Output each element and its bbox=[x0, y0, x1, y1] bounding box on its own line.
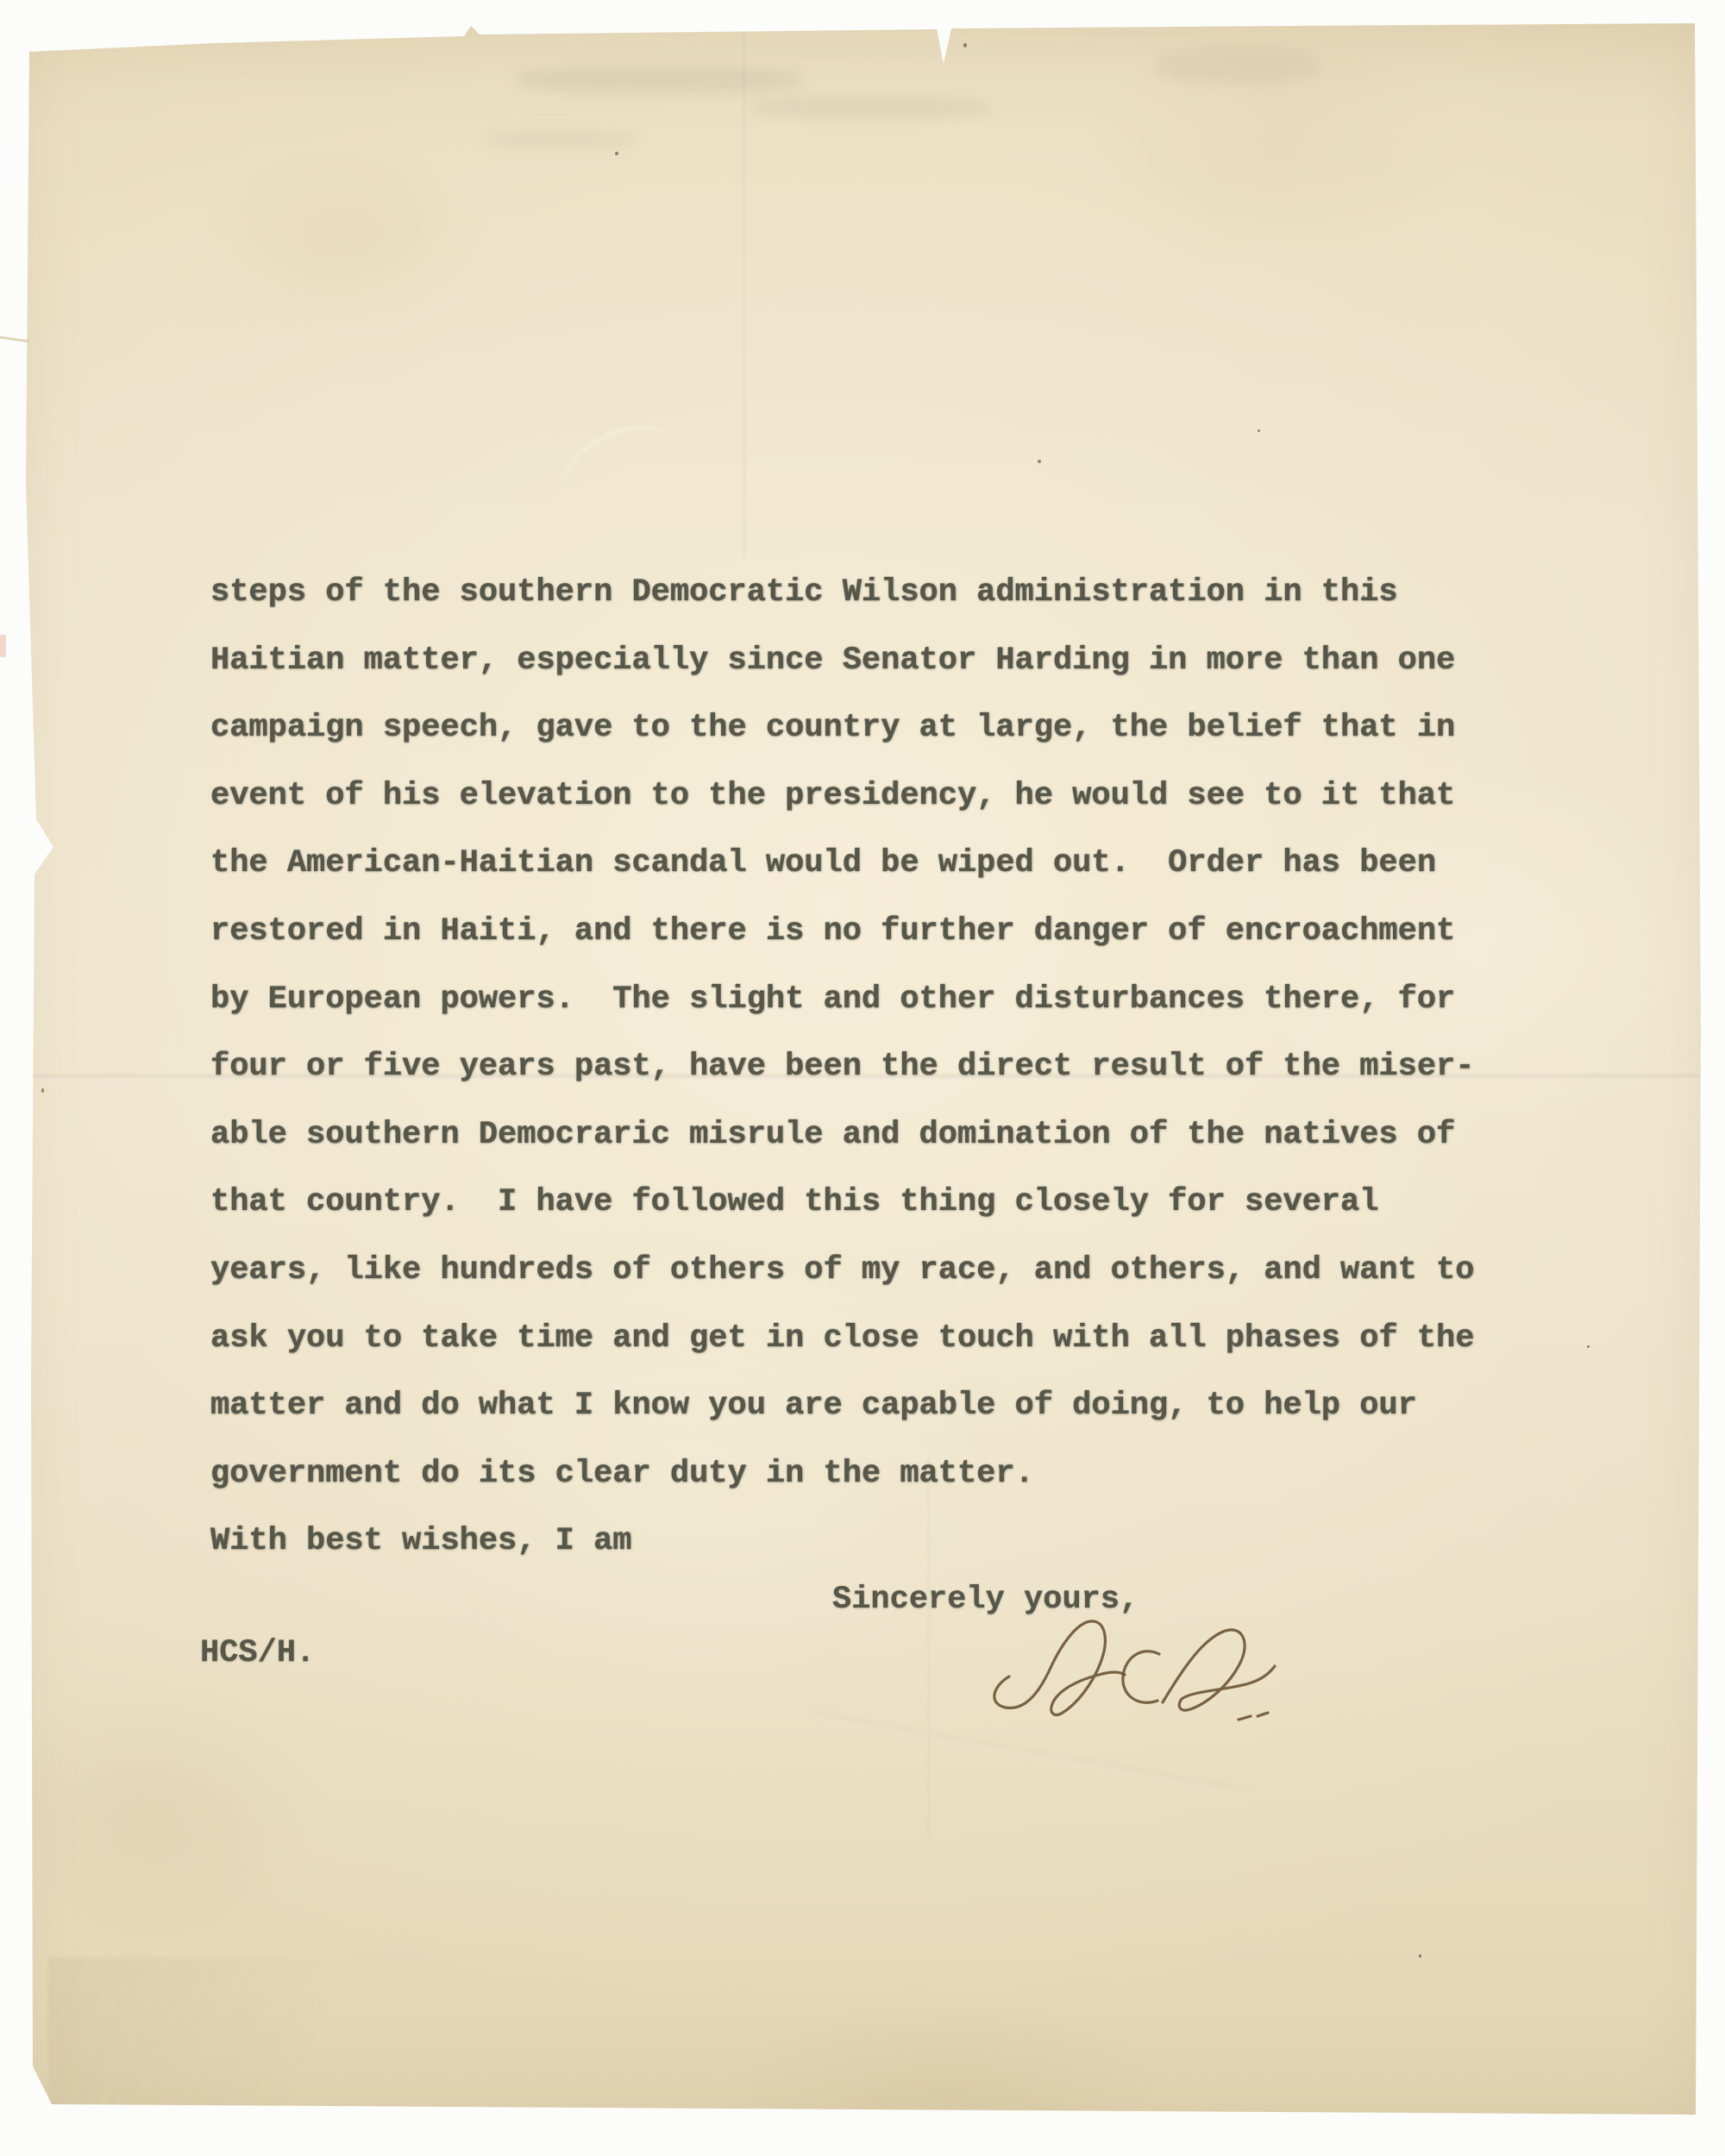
letter-line: by European powers. The slight and other… bbox=[210, 966, 1556, 1034]
letter-line: four or five years past, have been the d… bbox=[210, 1033, 1556, 1101]
letter-line: that country. I have followed this thing… bbox=[210, 1169, 1556, 1237]
letter-line: Haitian matter, especially since Senator… bbox=[210, 627, 1556, 695]
letter-line: able southern Democraric misrule and dom… bbox=[210, 1101, 1556, 1169]
red-edge-mark bbox=[0, 635, 6, 657]
letter-line: restored in Haiti, and there is no furth… bbox=[210, 898, 1556, 966]
bottom-left-fold-shading bbox=[48, 1958, 497, 2109]
paper-fiber bbox=[0, 336, 29, 343]
scanned-letter-scene: steps of the southern Democratic Wilson … bbox=[0, 0, 1725, 2156]
letter-line: steps of the southern Democratic Wilson … bbox=[210, 559, 1556, 627]
letter-line: matter and do what I know you are capabl… bbox=[210, 1372, 1556, 1440]
typist-initials: HCS/H. bbox=[200, 1635, 315, 1671]
letter-line: government do its clear duty in the matt… bbox=[210, 1440, 1556, 1508]
letter-line: event of his elevation to the presidency… bbox=[210, 762, 1556, 830]
ink-bleedthrough-smudge bbox=[483, 129, 638, 148]
letter-line: the American-Haitian scandal would be wi… bbox=[210, 830, 1556, 898]
vertical-fold-crease-top bbox=[743, 31, 747, 557]
letter-paper: steps of the southern Democratic Wilson … bbox=[0, 0, 1725, 2156]
ink-bleedthrough-smudge bbox=[517, 67, 802, 93]
handwritten-signature bbox=[976, 1611, 1297, 1749]
letter-body: steps of the southern Democratic Wilson … bbox=[210, 559, 1556, 1576]
letter-line: campaign speech, gave to the country at … bbox=[210, 694, 1556, 762]
letter-line: years, like hundreds of others of my rac… bbox=[210, 1237, 1556, 1305]
ink-bleedthrough-smudge bbox=[750, 97, 992, 119]
letter-line: With best wishes, I am bbox=[210, 1507, 1556, 1576]
letter-line: ask you to take time and get in close to… bbox=[210, 1305, 1556, 1373]
ink-bleedthrough-smudge bbox=[1156, 48, 1320, 85]
